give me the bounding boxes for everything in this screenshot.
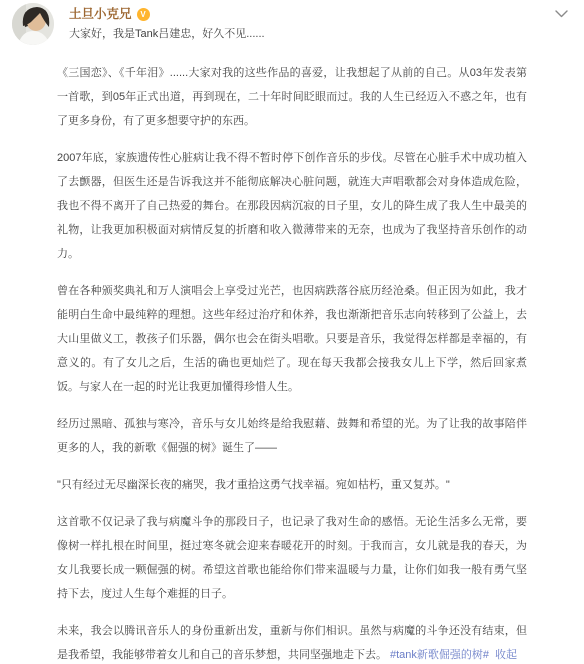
post-intro-text: 大家好，我是Tank吕建忠，好久不见......: [69, 27, 265, 42]
author-name[interactable]: 土旦小克兄: [69, 7, 132, 22]
avatar-photo: [12, 3, 54, 45]
post-body: 《三国恋》、《千年泪》......大家对我的这些作品的喜爱，让我想起了从前的自己…: [57, 61, 527, 664]
collapse-link[interactable]: 收起: [495, 649, 517, 661]
lyric-quote: "只有经过无尽幽深长夜的痛哭，我才重拾这勇气找幸福。宛如枯朽，重又复苏。": [57, 473, 527, 497]
post-last-paragraph: 未来，我会以腾讯音乐人的身份重新出发，重新与你们相识。虽然与病魔的斗争还没有结束…: [57, 619, 527, 664]
post-paragraph: 《三国恋》、《千年泪》......大家对我的这些作品的喜爱，让我想起了从前的自己…: [57, 61, 527, 133]
author-avatar[interactable]: [12, 3, 54, 45]
post-paragraph: 这首歌不仅记录了我与病魔斗争的那段日子，也记录了我对生命的感悟。无论生活多么无常…: [57, 510, 527, 606]
author-info: 土旦小克兄 V 大家好，我是Tank吕建忠，好久不见......: [69, 3, 265, 42]
post-card: 土旦小克兄 V 大家好，我是Tank吕建忠，好久不见...... 《三国恋》、《…: [0, 0, 584, 664]
chevron-down-icon[interactable]: [552, 7, 570, 21]
post-header: 土旦小克兄 V 大家好，我是Tank吕建忠，好久不见......: [12, 3, 572, 45]
post-paragraph: 2007年底，家族遗传性心脏病让我不得不暂时停下创作音乐的步伐。尽管在心脏手术中…: [57, 146, 527, 266]
author-name-row: 土旦小克兄 V: [69, 7, 265, 22]
post-paragraph: 经历过黑暗、孤独与寒冷，音乐与女儿始终是给我慰藉、鼓舞和希望的光。为了让我的故事…: [57, 412, 527, 460]
hashtag-link[interactable]: #tank新歌倔强的树#: [390, 649, 489, 661]
verified-icon: V: [137, 8, 150, 21]
post-paragraph: 曾在各种颁奖典礼和万人演唱会上享受过光芒，也因病跌落谷底历经沧桑。但正因为如此，…: [57, 279, 527, 399]
